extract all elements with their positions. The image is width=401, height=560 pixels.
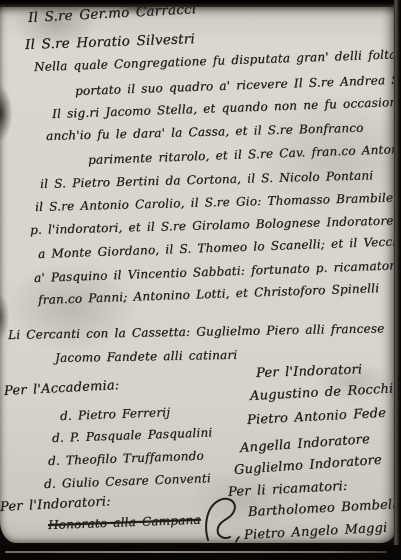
- manuscript-scan: Il S.re Ger.mo Carracci Il S.re Horatio …: [0, 0, 401, 560]
- page-stack-edge: [5, 551, 387, 553]
- scan-edge-top: [0, 0, 401, 7]
- flourish-mark: [202, 496, 244, 546]
- scan-edge-right: [393, 0, 401, 560]
